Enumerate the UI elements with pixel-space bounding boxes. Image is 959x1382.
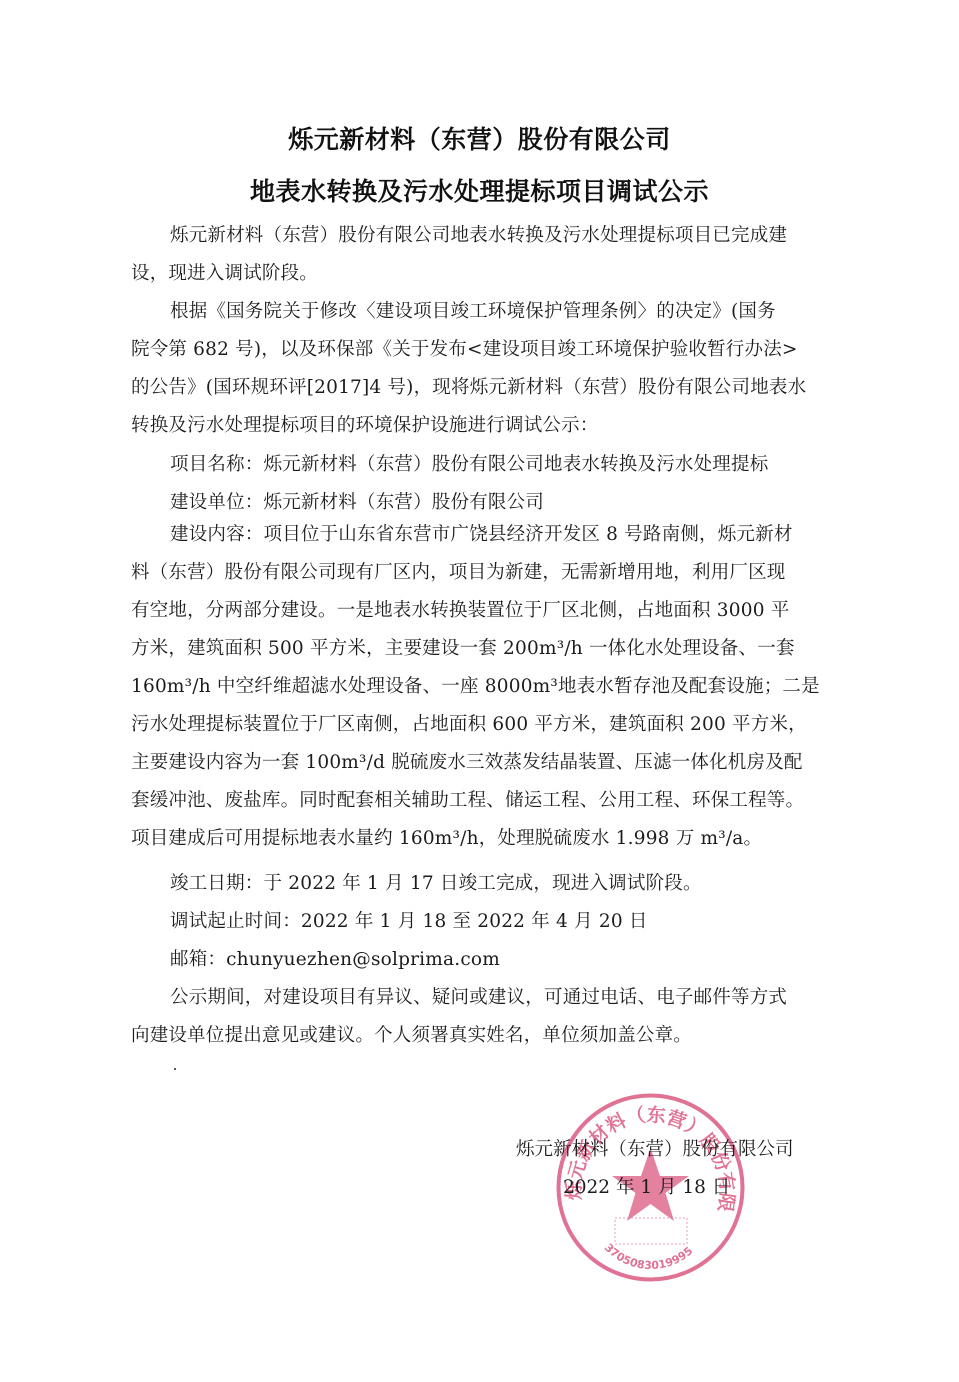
contact-email: 邮箱：chunyuezhen@solprima.com [170, 945, 850, 971]
content-line-1: 建设内容：项目位于山东省东营市广饶县经济开发区 8 号路南侧，烁元新材 [170, 520, 850, 546]
content-line-6: 污水处理提标装置位于厂区南侧，占地面积 600 平方米，建筑面积 200 平方米… [131, 710, 811, 736]
basis-line-1: 根据《国务院关于修改〈建设项目竣工环境保护管理条例〉的决定》(国务 [170, 297, 850, 323]
content-line-8: 套缓冲池、废盐库。同时配套相关辅助工程、储运工程、公用工程、环保工程等。 [131, 786, 811, 812]
trial-period: 调试起止时间：2022 年 1 月 18 至 2022 年 4 月 20 日 [170, 907, 850, 933]
notice-title: 地表水转换及污水处理提标项目调试公示 [0, 172, 959, 208]
content-line-4: 方米，建筑面积 500 平方米，主要建设一套 200m³/h 一体化水处理设备、… [131, 634, 811, 660]
intro-line-1: 烁元新材料（东营）股份有限公司地表水转换及污水处理提标项目已完成建 [170, 221, 850, 247]
content-line-5: 160m³/h 中空纤维超滤水处理设备、一座 8000m³地表水暂存池及配套设施… [131, 672, 811, 698]
content-line-7: 主要建设内容为一套 100m³/d 脱硫废水三效蒸发结晶装置、压滤一体化机房及配 [131, 748, 811, 774]
svg-text:3705083019995: 3705083019995 [602, 1241, 696, 1272]
completion-date: 竣工日期：于 2022 年 1 月 17 日竣工完成，现进入调试阶段。 [170, 869, 850, 895]
seal-code: 3705083019995 [602, 1241, 696, 1272]
signature-date: 2022 年 1 月 18 日 [563, 1173, 730, 1199]
company-title: 烁元新材料（东营）股份有限公司 [0, 120, 959, 156]
feedback-line-2: 向建设单位提出意见或建议。个人须署真实姓名，单位须加盖公章。 [131, 1021, 811, 1047]
project-name: 项目名称：烁元新材料（东营）股份有限公司地表水转换及污水处理提标 [170, 450, 850, 476]
basis-line-2: 院令第 682 号)，以及环保部《关于发布<建设项目竣工环境保护验收暂行办法> [131, 335, 811, 361]
basis-line-3: 的公告》(国环规环评[2017]4 号)，现将烁元新材料（东营）股份有限公司地表… [131, 373, 811, 399]
content-line-3: 有空地，分两部分建设。一是地表水转换装置位于厂区北侧，占地面积 3000 平 [131, 596, 811, 622]
scan-speck [174, 1068, 176, 1070]
content-line-2: 料（东营）股份有限公司现有厂区内，项目为新建，无需新增用地，利用厂区现 [131, 558, 811, 584]
content-line-9: 项目建成后可用提标地表水量约 160m³/h，处理脱硫废水 1.998 万 m³… [131, 824, 811, 850]
construction-unit: 建设单位：烁元新材料（东营）股份有限公司 [170, 488, 850, 514]
intro-line-2: 设，现进入调试阶段。 [131, 259, 811, 285]
signature-company: 烁元新材料（东营）股份有限公司 [516, 1135, 794, 1161]
feedback-line-1: 公示期间，对建设项目有异议、疑问或建议，可通过电话、电子邮件等方式 [170, 983, 850, 1009]
basis-line-4: 转换及污水处理提标项目的环境保护设施进行调试公示： [131, 411, 811, 437]
